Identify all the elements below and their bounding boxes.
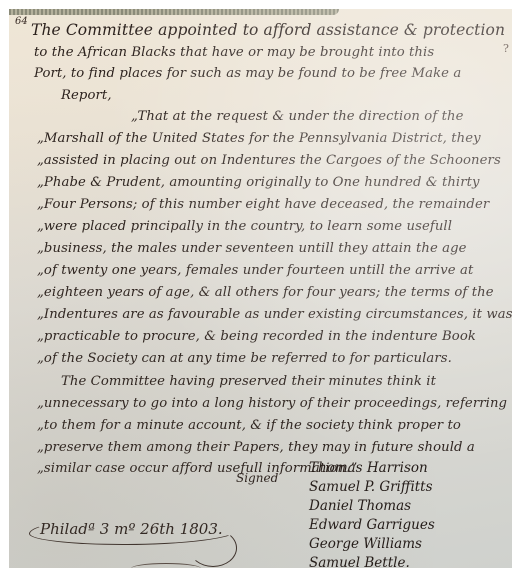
page-binding-edge [9,9,339,15]
signed-label: Signed [236,471,278,485]
signatory-list: Thomas Harrison Samuel P. Griffitts Dani… [309,459,435,568]
report-line: „eighteen years of age, & all others for… [37,285,494,300]
signatory: Edward Garrigues [309,516,435,535]
report-line: „Indentures are as favourable as under e… [37,307,512,322]
report-line: „business, the males under seventeen unt… [37,241,467,256]
manuscript-page: 64 The Committee appointed to afford ass… [9,9,512,568]
title-line: Port, to find places for such as may be … [34,66,461,81]
report-line: „of twenty one years, females under four… [37,263,473,278]
signatory: Daniel Thomas [309,497,435,516]
report-line: „of the Society can at any time be refer… [37,351,452,366]
signatory: George Williams [309,535,435,554]
report-line: „That at the request & under the directi… [131,109,464,124]
report-heading: Report, [61,88,112,103]
closing-line: „unnecessary to go into a long history o… [37,396,507,411]
report-line: „were placed principally in the country,… [37,219,452,234]
report-line: „assisted in placing out on Indentures t… [37,153,501,168]
report-line: „Phabe & Prudent, amounting originally t… [37,175,480,190]
signatory: Samuel P. Griffitts [309,478,435,497]
report-line: „Marshall of the United States for the P… [37,131,481,146]
closing-line: The Committee having preserved their min… [61,374,436,389]
report-line: „Four Persons; of this number eight have… [37,197,489,212]
title-line: The Committee appointed to afford assist… [31,21,505,39]
signatory: Thomas Harrison [309,459,435,478]
page-number: 64 [15,16,28,27]
signatory: Samuel Bettle. [309,554,435,568]
next-page-ink-edge [131,563,201,568]
title-line: to the African Blacks that have or may b… [34,45,434,60]
closing-line: „to them for a minute account, & if the … [37,418,461,433]
report-line: „practicable to procure, & being recorde… [37,329,476,344]
date-flourish [189,529,237,567]
margin-mark: ? [503,42,509,55]
closing-line: „preserve them among their Papers, they … [37,440,475,455]
